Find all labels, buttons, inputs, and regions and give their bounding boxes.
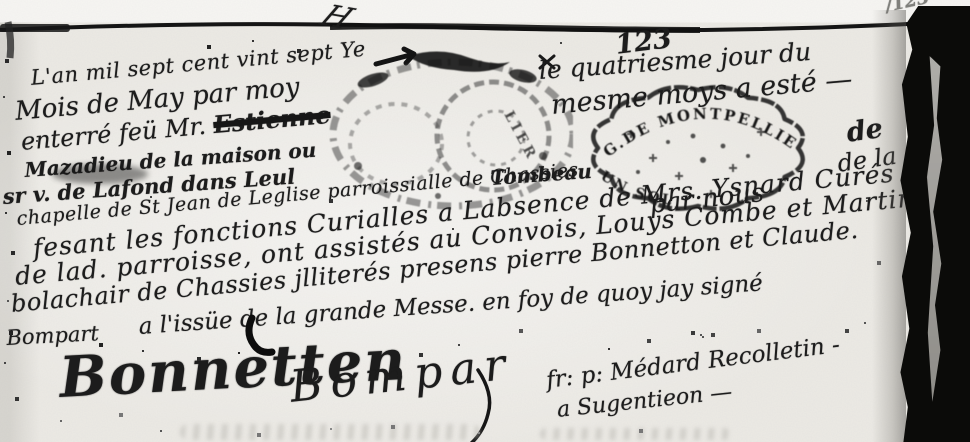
bleedthrough-marks [540, 428, 730, 440]
bleedthrough-marks [180, 424, 480, 440]
page-edge-shadow [872, 10, 906, 442]
manuscript-page: /123 123 H LIER G.DE MONTPELLIER [0, 0, 970, 442]
ink-smudge [52, 164, 148, 184]
ink-speckles [0, 0, 2, 2]
faded-stamp-partial-text: LIER [500, 108, 540, 164]
